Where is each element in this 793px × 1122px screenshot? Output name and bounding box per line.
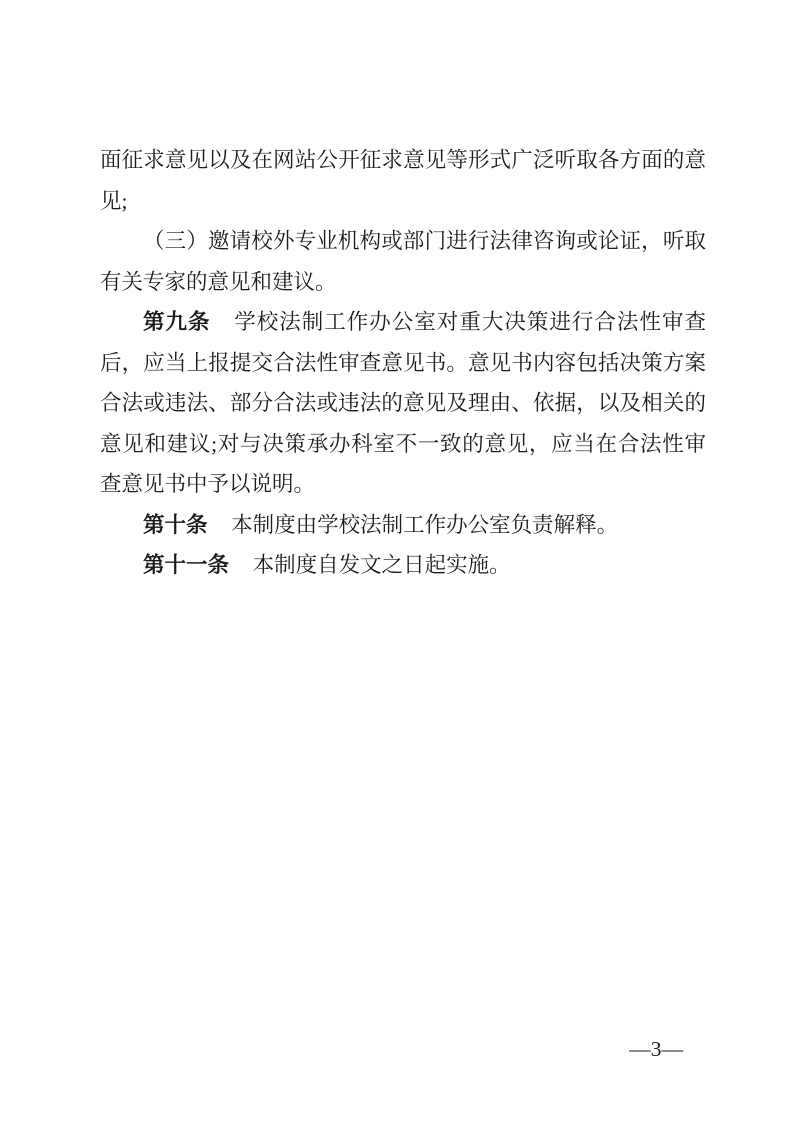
document-page: 面征求意见以及在网站公开征求意见等形式广泛听取各方面的意见; （三）邀请校外专业… xyxy=(0,0,793,1122)
page-number: —3— xyxy=(629,1036,683,1062)
paragraph: 第十一条本制度自发文之日起实施。 xyxy=(100,545,706,586)
paragraph-text: （三）邀请校外专业机构或部门进行法律咨询或论证，听取有关专家的意见和建议。 xyxy=(100,229,706,294)
document-body: 面征求意见以及在网站公开征求意见等形式广泛听取各方面的意见; （三）邀请校外专业… xyxy=(100,140,706,586)
paragraph-text: 本制度由学校法制工作办公室负责解释。 xyxy=(231,513,618,537)
article-number: 第九条 xyxy=(143,310,211,334)
paragraph: 第十条本制度由学校法制工作办公室负责解释。 xyxy=(100,505,706,546)
article-number: 第十一条 xyxy=(143,553,229,577)
paragraph-text: 面征求意见以及在网站公开征求意见等形式广泛听取各方面的意见; xyxy=(100,148,706,213)
paragraph-text: 本制度自发文之日起实施。 xyxy=(253,553,511,577)
paragraph: （三）邀请校外专业机构或部门进行法律咨询或论证，听取有关专家的意见和建议。 xyxy=(100,221,706,302)
paragraph: 第九条学校法制工作办公室对重大决策进行合法性审查后，应当上报提交合法性审查意见书… xyxy=(100,302,706,505)
paragraph-text: 学校法制工作办公室对重大决策进行合法性审查后，应当上报提交合法性审查意见书。意见… xyxy=(100,310,706,496)
article-number: 第十条 xyxy=(143,513,208,537)
paragraph: 面征求意见以及在网站公开征求意见等形式广泛听取各方面的意见; xyxy=(100,140,706,221)
